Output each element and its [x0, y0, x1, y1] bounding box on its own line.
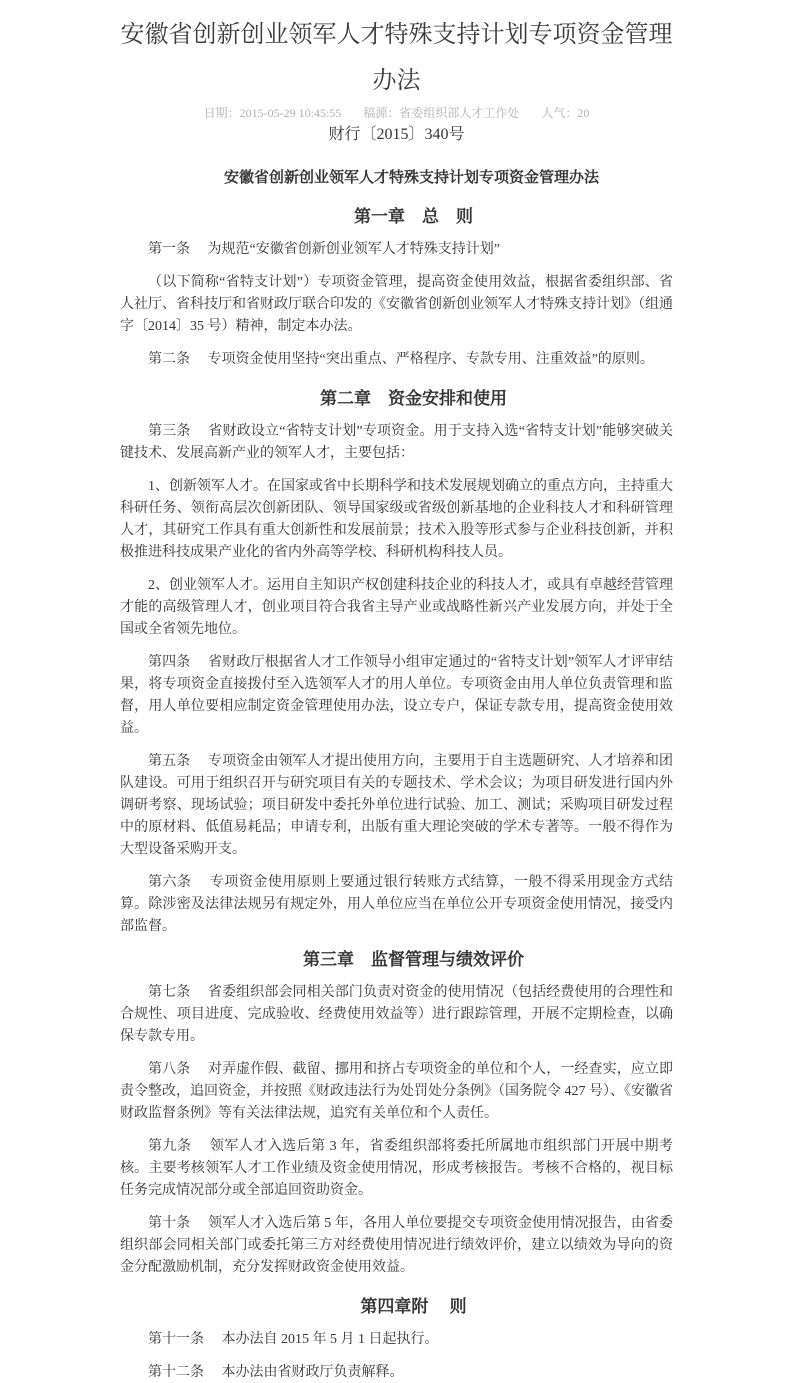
article-1-para-cont: （以下简称“省特支计划”）专项资金管理，提高资金使用效益，根据省委组织部、省人社…	[120, 272, 673, 338]
article-5-para: 第五条 专项资金由领军人才提出使用方向，主要用于自主选题研究、人才培养和团队建设…	[120, 751, 673, 861]
article-4-para: 第四条 省财政厅根据省人才工作领导小组审定通过的“省特支计划”领军人才评审结果，…	[120, 652, 673, 740]
article-container: 安徽省创新创业领军人才特殊支持计划专项资金管理办法 日期：2015-05-29 …	[120, 12, 673, 1383]
article-9-para: 第九条 领军人才入选后第 3 年，省委组织部将委托所属地市组织部门开展中期考核。…	[120, 1136, 673, 1202]
chapter-heading-4: 第四章附 则	[120, 1296, 673, 1318]
article-3-item-1: 1、创新领军人才。在国家或省中长期科学和技术发展规划确立的重点方向，主持重大科研…	[120, 476, 673, 564]
article-12-para: 第十二条 本办法由省财政厅负责解释。	[120, 1362, 673, 1383]
chapter-heading-1: 第一章 总 则	[120, 206, 673, 228]
meta-date: 日期：2015-05-29 10:45:55	[204, 106, 342, 120]
article-7-para: 第七条 省委组织部会同相关部门负责对资金的使用情况（包括经费使用的合理性和合规性…	[120, 982, 673, 1048]
article-2-para: 第二条 专项资金使用坚持“突出重点、严格程序、专款专用、注重效益”的原则。	[120, 349, 673, 371]
article-1-para: 第一条 为规范“安徽省创新创业领军人才特殊支持计划”	[120, 239, 673, 261]
chapter-heading-3: 第三章 监督管理与绩效评价	[120, 949, 673, 971]
article-10-para: 第十条 领军人才入选后第 5 年，各用人单位要提交专项资金使用情况报告，由省委组…	[120, 1213, 673, 1279]
article-11-para: 第十一条 本办法自 2015 年 5 月 1 日起执行。	[120, 1329, 673, 1351]
article-6-para: 第六条 专项资金使用原则上要通过银行转账方式结算，一般不得采用现金方式结算。除涉…	[120, 872, 673, 938]
article-meta: 日期：2015-05-29 10:45:55稿源：省委组织部人才工作处人气：20	[120, 105, 673, 122]
chapter-heading-2: 第二章 资金安排和使用	[120, 388, 673, 410]
article-8-para: 第八条 对弄虚作假、截留、挪用和挤占专项资金的单位和个人，一经查实，应立即责令整…	[120, 1059, 673, 1125]
doc-number: 财行〔2015〕340号	[120, 124, 673, 146]
page: { "page": { "title": "安徽省创新创业领军人才特殊支持计划专…	[0, 0, 793, 1383]
article-3-item-2: 2、创业领军人才。运用自主知识产权创建科技企业的科技人才，或具有卓越经营管理才能…	[120, 575, 673, 641]
page-title: 安徽省创新创业领军人才特殊支持计划专项资金管理办法	[120, 12, 673, 104]
article-3-para: 第三条 省财政设立“省特支计划”专项资金。用于支持入选“省特支计划”能够突破关键…	[120, 421, 673, 465]
meta-views: 人气：20	[541, 106, 589, 120]
meta-source: 稿源：省委组织部人才工作处	[363, 106, 519, 120]
doc-title: 安徽省创新创业领军人才特殊支持计划专项资金管理办法	[120, 167, 673, 189]
